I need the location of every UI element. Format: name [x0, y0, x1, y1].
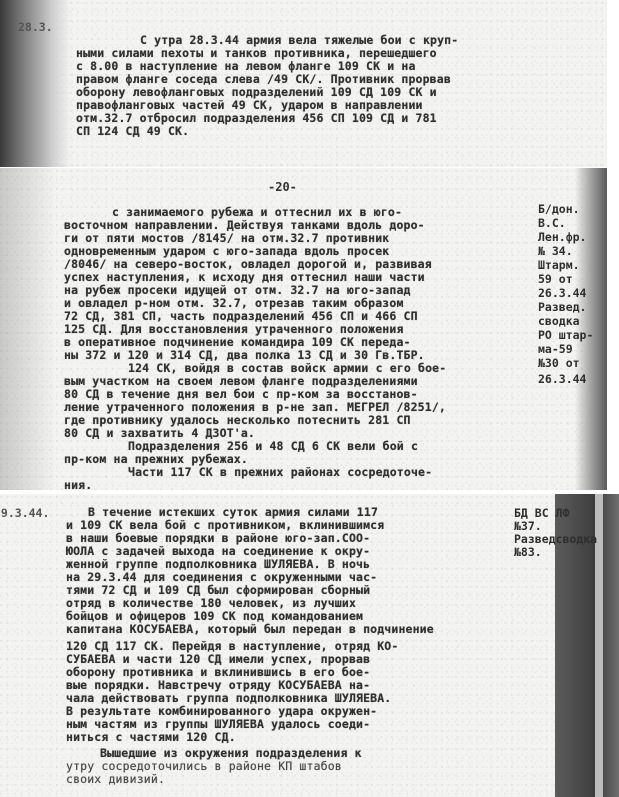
text-line: восточном направлении. Действуя танками …	[64, 219, 425, 231]
margin-note: Лен.фр.	[538, 230, 586, 244]
page-number: -20-	[268, 180, 297, 194]
text-line: ги от пяти мостов /8145/ на отм.32.7 про…	[64, 232, 389, 244]
text-line: с 8.00 в наступление на левом фланге 109…	[76, 60, 416, 72]
text-line: СУБАЕВА и части 120 СД имели успех, прор…	[66, 653, 370, 665]
text-line: правофланговых частей 49 СК, ударом в на…	[76, 99, 423, 111]
text-line: капитана КОСУБАЕВА, который был передан …	[66, 623, 434, 635]
margin-note: Штарм.	[538, 258, 580, 272]
text-line: бойцов и офицеров 109 СК под командовани…	[66, 610, 363, 622]
text-line: Подразделения 256 и 48 СД 6 СК вели бой …	[128, 440, 418, 452]
margin-note: 59 от	[538, 272, 573, 286]
text-line: чала действовать группа подполковника ШУ…	[66, 692, 391, 704]
text-line: отряд в количестве 180 человек, из лучши…	[66, 597, 356, 609]
margin-note: 26.3.44	[538, 286, 586, 300]
scan-shadow	[0, 168, 55, 490]
text-line: С утра 28.3.44 армия вела тяжелые бои с …	[140, 34, 458, 46]
document-fragment-3: 29.3.44. В течение истекших суток армия …	[0, 494, 619, 797]
margin-note: ма-59	[538, 342, 573, 356]
margin-note: Развед.	[538, 300, 586, 314]
text-line: Вышедшие из окружения подразделения к	[100, 747, 362, 759]
text-line: 72 СД, 381 СП, часть подразделений 456 С…	[64, 310, 418, 322]
text-line: вым участком на своем левом фланге подра…	[64, 375, 418, 387]
text-line: утру сосредоточились в районе КП штабов	[66, 760, 342, 772]
text-line: успех наступления, к исходу дня оттеснил…	[64, 271, 425, 283]
scan-edge	[603, 494, 619, 797]
text-line: ление утраченного положения в р-не зап. …	[64, 401, 446, 413]
text-line: В результате комбинированного удара окру…	[66, 705, 377, 717]
text-line: ЮОЛА с задачей выхода на соединение к ок…	[66, 545, 370, 557]
text-line: ниться с частями 120 СД.	[66, 731, 236, 743]
document-fragment-2: -20- с занимаемого рубежа и оттеснил их …	[0, 168, 607, 490]
text-line: оборону левофланговых подразделений 109 …	[76, 86, 437, 98]
text-line: 80 СД в течение дня вел бои с пр-ком за …	[64, 388, 418, 400]
text-line: 124 СК, войдя в состав войск армии с его…	[128, 362, 446, 374]
text-line: В течение истекших суток армия силами 11…	[88, 506, 378, 518]
text-line: ны 372 и 120 и 314 СД, два полка 13 СД и…	[64, 349, 425, 361]
text-line: на рубеж просеки идущей от отм. 32.7 на …	[64, 284, 411, 296]
text-line: ния.	[64, 479, 92, 490]
text-line: в оперативное подчинение командира 109 С…	[64, 336, 411, 348]
text-line: и 109 СК вела бой с противником, вклинив…	[66, 519, 384, 531]
text-line: оборону противника и вклинившись в его б…	[66, 666, 370, 678]
text-line: пр-ком на прежних рубежах.	[64, 453, 248, 465]
margin-note: Б/дон.	[538, 202, 580, 216]
text-line: СП 124 СД 49 СК.	[76, 125, 189, 137]
margin-note: РО штар-	[538, 328, 593, 342]
text-line: вые порядки. Навстречу отряду КОСУБАЕВА …	[66, 679, 370, 691]
text-line: /8046/ на северо-восток, овладел дорогой…	[64, 258, 432, 270]
margin-note: №30 от	[538, 356, 580, 370]
text-line: 125 СД. Для восстановления утраченного п…	[64, 323, 404, 335]
margin-note: №83.	[514, 545, 542, 559]
text-line: своих дивизий.	[66, 773, 165, 785]
text-line: и овладел р-ном отм. 32.7, отрезав таким…	[64, 297, 404, 309]
entry-date: 28.3.	[18, 20, 53, 34]
text-line: одновременным ударом с юго-запада вдоль …	[64, 245, 389, 257]
text-line: Части 117 СК в прежних районах сосредото…	[128, 466, 432, 478]
margin-note: № 34.	[538, 244, 573, 258]
margin-note: В.С.	[538, 216, 566, 230]
margin-note: сводка	[538, 314, 580, 328]
text-line: правом фланге соседа слева /49 СК/. Прот…	[76, 73, 451, 85]
text-line: 120 СД 117 СК. Перейдя в наступление, от…	[66, 640, 398, 652]
text-line: отм.32.7 отбросил подразделения 456 СП 1…	[76, 112, 437, 124]
text-line: где противнику удалось несколько потесни…	[64, 414, 411, 426]
text-line: Противник перед фронтом 109 СК и соседа …	[128, 489, 439, 490]
margin-note: 26.3.44	[538, 372, 586, 386]
text-line: тями 72 СД и 109 СД был сформирован сбор…	[66, 584, 370, 596]
text-line: 80 СД и захватить 4 ДЗОТ'а.	[64, 427, 255, 439]
text-line: женной группе подполковника ШУЛЯЕВА. В н…	[66, 558, 370, 570]
text-line: на 29.3.44 для соединения с окруженными …	[66, 571, 377, 583]
entry-date: 29.3.44.	[0, 506, 49, 520]
text-line: ными силами пехоты и танков противника, …	[76, 47, 437, 59]
text-line: с занимаемого рубежа и оттеснил их в юго…	[112, 206, 402, 218]
document-fragment-1: 28.3. С утра 28.3.44 армия вела тяжелые …	[0, 0, 607, 167]
text-line: в наши боевые порядки в районе юго-зап.С…	[66, 532, 370, 544]
text-line: ным частям из группы ШУЛЯЕВА удалось сое…	[66, 718, 370, 730]
